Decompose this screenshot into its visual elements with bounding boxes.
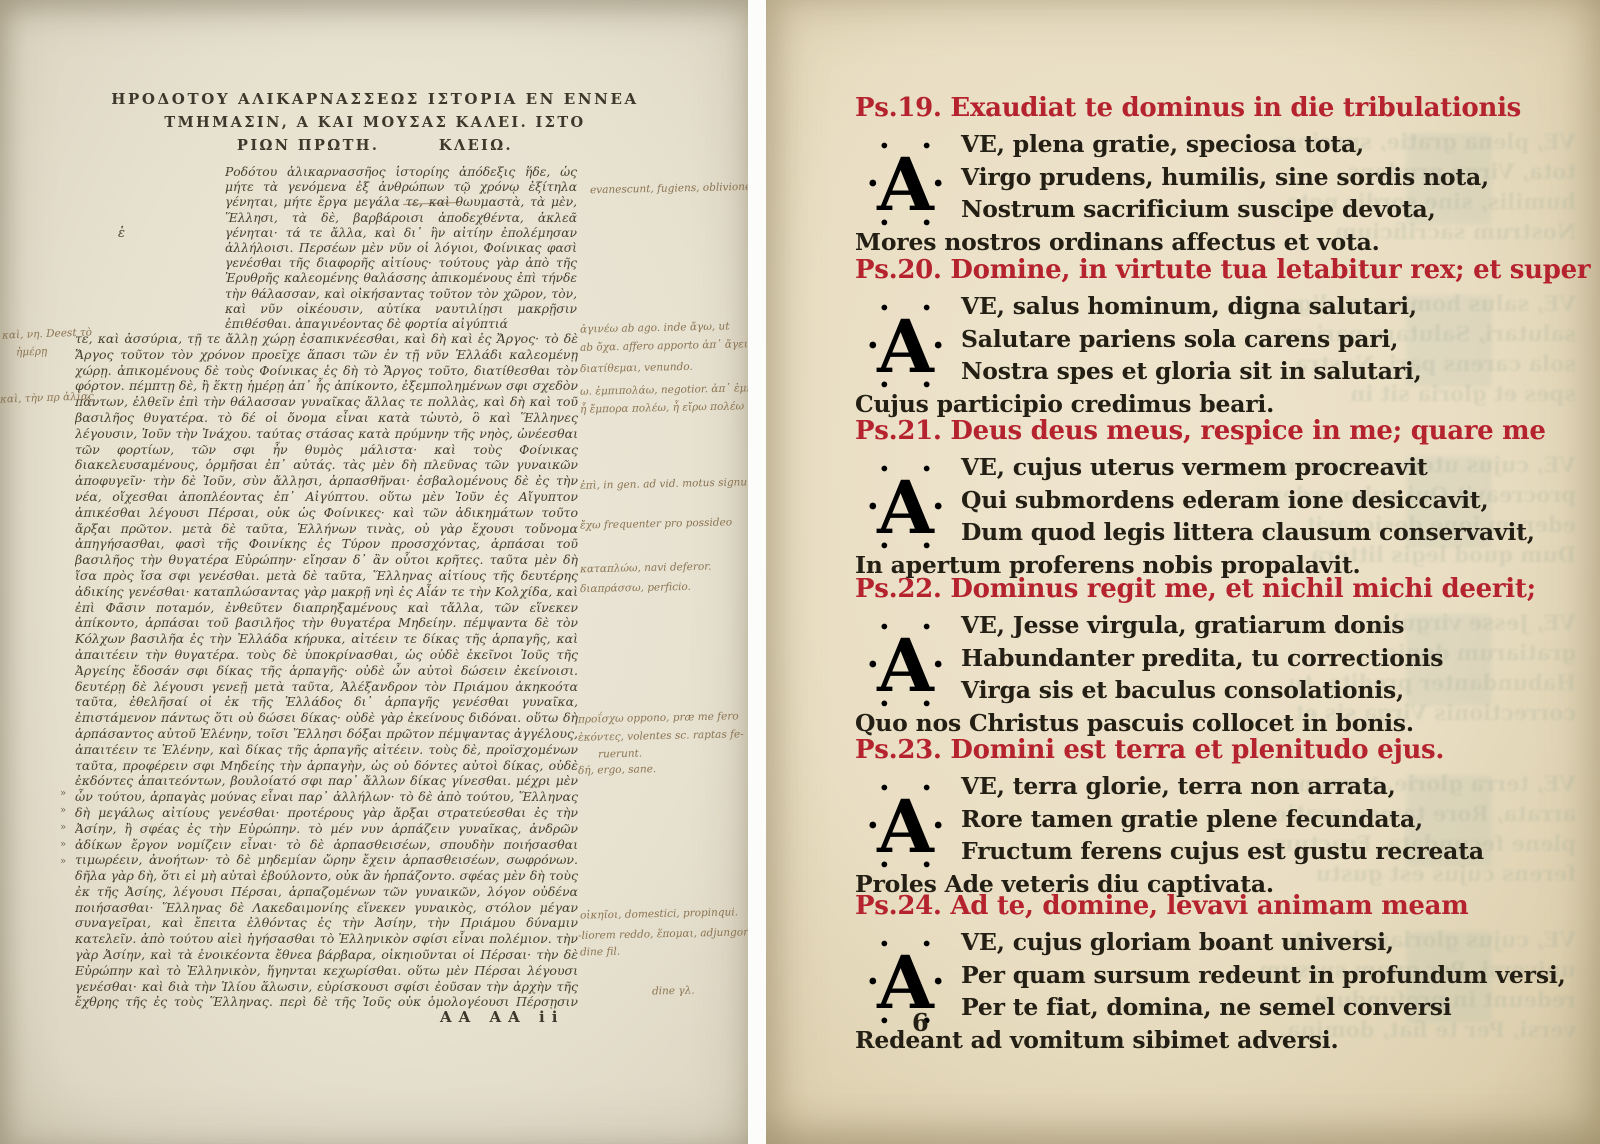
handwritten-margin-note: καταπλώω, navi deferor.	[580, 561, 712, 576]
margin-quote-mark: »	[60, 822, 66, 833]
stanza-line: VE, cujus gloriam boant universi,	[855, 926, 1567, 959]
margin-quote-mark: »	[60, 788, 66, 799]
greek-title-line3: ΡΙΩΝ ΠΡΩΤΗ. ΚΛΕΙΩ.	[60, 134, 690, 157]
handwritten-margin-note: ἔχω frequenter pro possideo	[580, 516, 732, 531]
greek-title-line2: ΤΜΗΜΑΣΙΝ, Α ΚΑΙ ΜΟΥΣΑΣ ΚΑΛΕΙ. ΙΣΤΟ	[60, 111, 690, 134]
psalm-section-20: Ps.20. Domine, in virtute tua letabitur …	[855, 255, 1567, 420]
stanza-line: VE, Jesse virgula, gratiarum donis	[855, 609, 1567, 642]
psalm-section-21: Ps.21. Deus deus meus, respice in me; qu…	[855, 416, 1567, 581]
margin-quote-mark: »	[60, 805, 66, 816]
greek-title-line1: ΗΡΟΔΟΤΟΥ ΑΛΙΚΑΡΝΑΣΣΕΩΣ ΙΣΤΟΡΙΑ ΕΝ ΕΝΝΕΑ	[60, 88, 690, 111]
stanza-line: Mores nostros ordinans affectus et vota.	[855, 226, 1567, 259]
stanza: VE, Jesse virgula, gratiarum donis Habun…	[855, 609, 1567, 739]
right-page-psalter: VE, cujus gloriam boant universi, Per qu…	[766, 0, 1600, 1144]
psalm-heading: Ps.20. Domine, in virtute tua letabitur …	[855, 255, 1567, 285]
stanza-line: Per te fiat, domina, ne semel conversi	[855, 991, 1567, 1024]
handwritten-margin-note: προΐσχω oppono, præ me fero	[578, 710, 739, 725]
handwritten-margin-note: δή, ergo, sane.	[578, 763, 656, 777]
left-page-herodotus: ΗΡΟΔΟΤΟΥ ΑΛΙΚΑΡΝΑΣΣΕΩΣ ΙΣΤΟΡΙΑ ΕΝ ΕΝΝΕΑ …	[0, 0, 748, 1144]
stanza-line: Qui submordens ederam ione desiccavit,	[855, 484, 1567, 517]
handwritten-margin-note: ἑκόντες, volentes sc. raptas fe-	[578, 728, 744, 743]
stanza-line: Virga sis et baculus consolationis,	[855, 674, 1567, 707]
psalm-heading: Ps.21. Deus deus meus, respice in me; qu…	[855, 416, 1567, 446]
handwritten-margin-note: ἡμέρῃ	[16, 345, 48, 358]
stanza: VE, cujus uterus vermem procreavit Qui s…	[855, 451, 1567, 581]
stanza: VE, cujus gloriam boant universi, Per qu…	[855, 926, 1567, 1056]
greek-text-narrow-block: Ροδότου ἁλικαρνασσῆος ἱστορίης ἀπόδεξις …	[225, 165, 577, 331]
quire-signature: ΑΑ ΑΑ ii	[440, 1008, 564, 1026]
handwritten-margin-note: ruerunt.	[598, 748, 642, 761]
woodcut-initial-A	[857, 133, 954, 233]
handwritten-margin-note: dine fil.	[580, 946, 620, 959]
psalm-heading: Ps.23. Domini est terra et plenitudo eju…	[855, 735, 1567, 765]
greek-text-wide-block: τε, καὶ ἀσσύρια, τῇ τε ἄλλῃ χώρῃ ἐσαπικν…	[75, 331, 578, 1011]
stanza-line: Per quam sursum redeunt in profundum ver…	[855, 959, 1567, 992]
handwritten-margin-note: dine γλ.	[652, 985, 695, 998]
psalm-section-24: Ps.24. Ad te, domine, levavi animam meam…	[855, 891, 1567, 1056]
stanza: VE, terra glorie, terra non arrata, Rore…	[855, 770, 1567, 900]
guide-letter: ἑ	[118, 226, 125, 241]
margin-quote-mark: »	[60, 839, 66, 850]
stanza-line: Nostrum sacrificium suscipe devota,	[855, 193, 1567, 226]
handwritten-margin-note: evanescunt, fugiens, oblivione obliterat…	[590, 180, 748, 197]
psalm-section-22: Ps.22. Dominus regit me, et nichil michi…	[855, 574, 1567, 739]
stanza-line: Virgo prudens, humilis, sine sordis nota…	[855, 161, 1567, 194]
stanza-line: VE, salus hominum, digna salutari,	[855, 290, 1567, 323]
stanza: VE, salus hominum, digna salutari, Salut…	[855, 290, 1567, 420]
psalm-heading: Ps.24. Ad te, domine, levavi animam meam	[855, 891, 1567, 921]
margin-quote-mark: »	[60, 856, 66, 867]
woodcut-initial-A	[857, 614, 954, 714]
stanza-line: Dum quod legis littera clausum conservav…	[855, 516, 1567, 549]
handwritten-margin-note: ἦ ἔμπορα πολέω, ἦ εἴρω πολέω	[580, 400, 744, 415]
stanza-line: Habundanter predita, tu correctionis	[855, 642, 1567, 675]
woodcut-initial-A	[857, 295, 954, 395]
woodcut-initial-A	[857, 456, 954, 556]
stanza-line: VE, terra glorie, terra non arrata,	[855, 770, 1567, 803]
woodcut-initial-A	[857, 775, 954, 875]
stanza-line: Redeant ad vomitum sibimet adversi.	[855, 1024, 1567, 1057]
handwritten-margin-note: ἐπὶ, in gen. ad vid. motus signum	[580, 476, 748, 492]
handwritten-margin-note: ab ὄχα. affero apporto ἀπ᾽ ἄγειν	[580, 338, 748, 354]
handwritten-margin-note: -liorem reddo, ἕπομαι, adjungor ut	[578, 926, 748, 942]
stanza-line: VE, cujus uterus vermem procreavit	[855, 451, 1567, 484]
page-number: 6	[912, 1008, 929, 1037]
stanza-line: Salutare pariens sola carens pari,	[855, 323, 1567, 356]
handwritten-margin-note: διατίθεμαι, venundo.	[580, 361, 693, 375]
handwritten-margin-note: διαπράσσω, perficio.	[580, 581, 691, 595]
psalm-heading: Ps.22. Dominus regit me, et nichil michi…	[855, 574, 1567, 604]
psalm-heading: Ps.19. Exaudiat te dominus in die tribul…	[855, 93, 1567, 123]
stanza-line: VE, plena gratie, speciosa tota,	[855, 128, 1567, 161]
woodcut-initial-A	[857, 931, 954, 1031]
stanza-line: Nostra spes et gloria sit in salutari,	[855, 355, 1567, 388]
psalm-section-19: Ps.19. Exaudiat te dominus in die tribul…	[855, 93, 1567, 258]
handwritten-margin-note: ἀγινέω ab ago. inde ἄγω, ut	[580, 320, 730, 335]
stanza: VE, plena gratie, speciosa tota, Virgo p…	[855, 128, 1567, 258]
stanza-line: Rore tamen gratie plene fecundata,	[855, 803, 1567, 836]
stanza-line: Fructum ferens cujus est gustu recreata	[855, 835, 1567, 868]
handwritten-margin-note: οἰκηῖοι, domestici, propinqui.	[580, 906, 738, 921]
psalm-section-23: Ps.23. Domini est terra et plenitudo eju…	[855, 735, 1567, 900]
handwritten-margin-note: ω. ἐμπιπολάω, negotior. ἀπ᾽ ἐμπ.	[580, 382, 748, 398]
greek-title: ΗΡΟΔΟΤΟΥ ΑΛΙΚΑΡΝΑΣΣΕΩΣ ΙΣΤΟΡΙΑ ΕΝ ΕΝΝΕΑ …	[60, 88, 690, 157]
